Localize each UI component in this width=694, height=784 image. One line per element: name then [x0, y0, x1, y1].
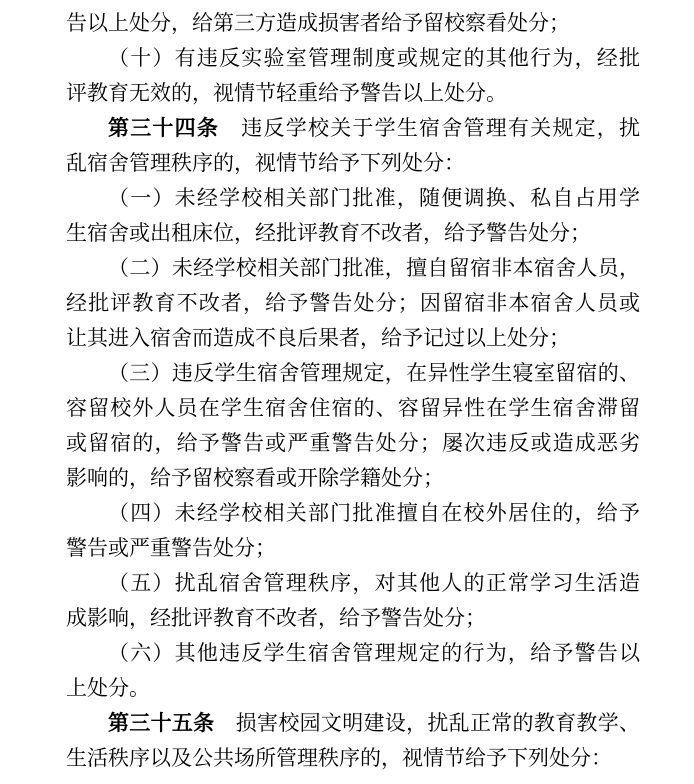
text-line: （十）有违反实验室管理制度或规定的其他行为，经批 [66, 41, 640, 76]
line-text: 让其进入宿舍而造成不良后果者，给予记过以上处分； [66, 326, 570, 350]
text-line: 告以上处分，给第三方造成损害者给予留校察看处分； [66, 6, 640, 41]
line-text: 生宿舍或出租床位，经批评教育不改者，给予警告处分； [66, 221, 591, 245]
line-text: 影响的，给予留校察看或开除学籍处分； [66, 466, 444, 490]
text-line: 警告或严重警告处分； [66, 531, 640, 566]
text-line: 生宿舍或出租床位，经批评教育不改者，给予警告处分； [66, 216, 640, 251]
line-text: 警告或严重警告处分； [66, 536, 276, 560]
article-heading-line: 第三十四条 违反学校关于学生宿舍管理有关规定，扰 [66, 111, 640, 146]
document-page: 告以上处分，给第三方造成损害者给予留校察看处分；（十）有违反实验室管理制度或规定… [0, 0, 694, 784]
document-body: 告以上处分，给第三方造成损害者给予留校察看处分；（十）有违反实验室管理制度或规定… [66, 6, 640, 776]
text-line: 或留宿的，给予警告或严重警告处分；屡次违反或造成恶劣 [66, 426, 640, 461]
text-line: 经批评教育不改者，给予警告处分；因留宿非本宿舍人员或 [66, 286, 640, 321]
line-text: （四）未经学校相关部门批准擅自在校外居住的，给予 [108, 501, 640, 525]
text-line: （二）未经学校相关部门批准，擅自留宿非本宿舍人员， [66, 251, 640, 286]
article-number: 第三十四条 [108, 116, 219, 140]
text-line: 容留校外人员在学生宿舍住宿的、容留异性在学生宿舍滞留 [66, 391, 640, 426]
article-number: 第三十五条 [108, 711, 214, 735]
line-text: （一）未经学校相关部门批准，随便调换、私自占用学 [108, 186, 640, 210]
line-text: 经批评教育不改者，给予警告处分；因留宿非本宿舍人员或 [66, 291, 640, 315]
text-line: 生活秩序以及公共场所管理秩序的，视情节给予下列处分： [66, 741, 640, 776]
line-text: 成影响，经批评教育不改者，给予警告处分； [66, 606, 486, 630]
text-line: 成影响，经批评教育不改者，给予警告处分； [66, 601, 640, 636]
line-text: （三）违反学生宿舍管理规定，在异性学生寝室留宿的、 [108, 361, 640, 385]
line-text: 容留校外人员在学生宿舍住宿的、容留异性在学生宿舍滞留 [66, 396, 640, 420]
text-line: 上处分。 [66, 671, 640, 706]
line-text: 或留宿的，给予警告或严重警告处分；屡次违反或造成恶劣 [66, 431, 640, 455]
line-text: 违反学校关于学生宿舍管理有关规定，扰 [219, 116, 640, 140]
text-line: 评教育无效的，视情节轻重给予警告以上处分。 [66, 76, 640, 111]
line-text: 告以上处分，给第三方造成损害者给予留校察看处分； [66, 11, 570, 35]
line-text: （二）未经学校相关部门批准，擅自留宿非本宿舍人员， [108, 256, 640, 280]
text-line: （三）违反学生宿舍管理规定，在异性学生寝室留宿的、 [66, 356, 640, 391]
line-text: （十）有违反实验室管理制度或规定的其他行为，经批 [108, 46, 640, 70]
text-line: （一）未经学校相关部门批准，随便调换、私自占用学 [66, 181, 640, 216]
line-text: （六）其他违反学生宿舍管理规定的行为，给予警告以 [108, 641, 640, 665]
text-line: （五）扰乱宿舍管理秩序，对其他人的正常学习生活造 [66, 566, 640, 601]
text-line: 让其进入宿舍而造成不良后果者，给予记过以上处分； [66, 321, 640, 356]
line-text: 评教育无效的，视情节轻重给予警告以上处分。 [66, 81, 507, 105]
text-line: （六）其他违反学生宿舍管理规定的行为，给予警告以 [66, 636, 640, 671]
article-heading-line: 第三十五条 损害校园文明建设，扰乱正常的教育教学、 [66, 706, 640, 741]
text-line: 乱宿舍管理秩序的，视情节给予下列处分： [66, 146, 640, 181]
text-line: （四）未经学校相关部门批准擅自在校外居住的，给予 [66, 496, 640, 531]
line-text: 乱宿舍管理秩序的，视情节给予下列处分： [66, 151, 465, 175]
line-text: 上处分。 [66, 676, 150, 700]
line-text: （五）扰乱宿舍管理秩序，对其他人的正常学习生活造 [108, 571, 640, 595]
line-text: 生活秩序以及公共场所管理秩序的，视情节给予下列处分： [66, 746, 612, 770]
text-line: 影响的，给予留校察看或开除学籍处分； [66, 461, 640, 496]
line-text: 损害校园文明建设，扰乱正常的教育教学、 [214, 711, 640, 735]
